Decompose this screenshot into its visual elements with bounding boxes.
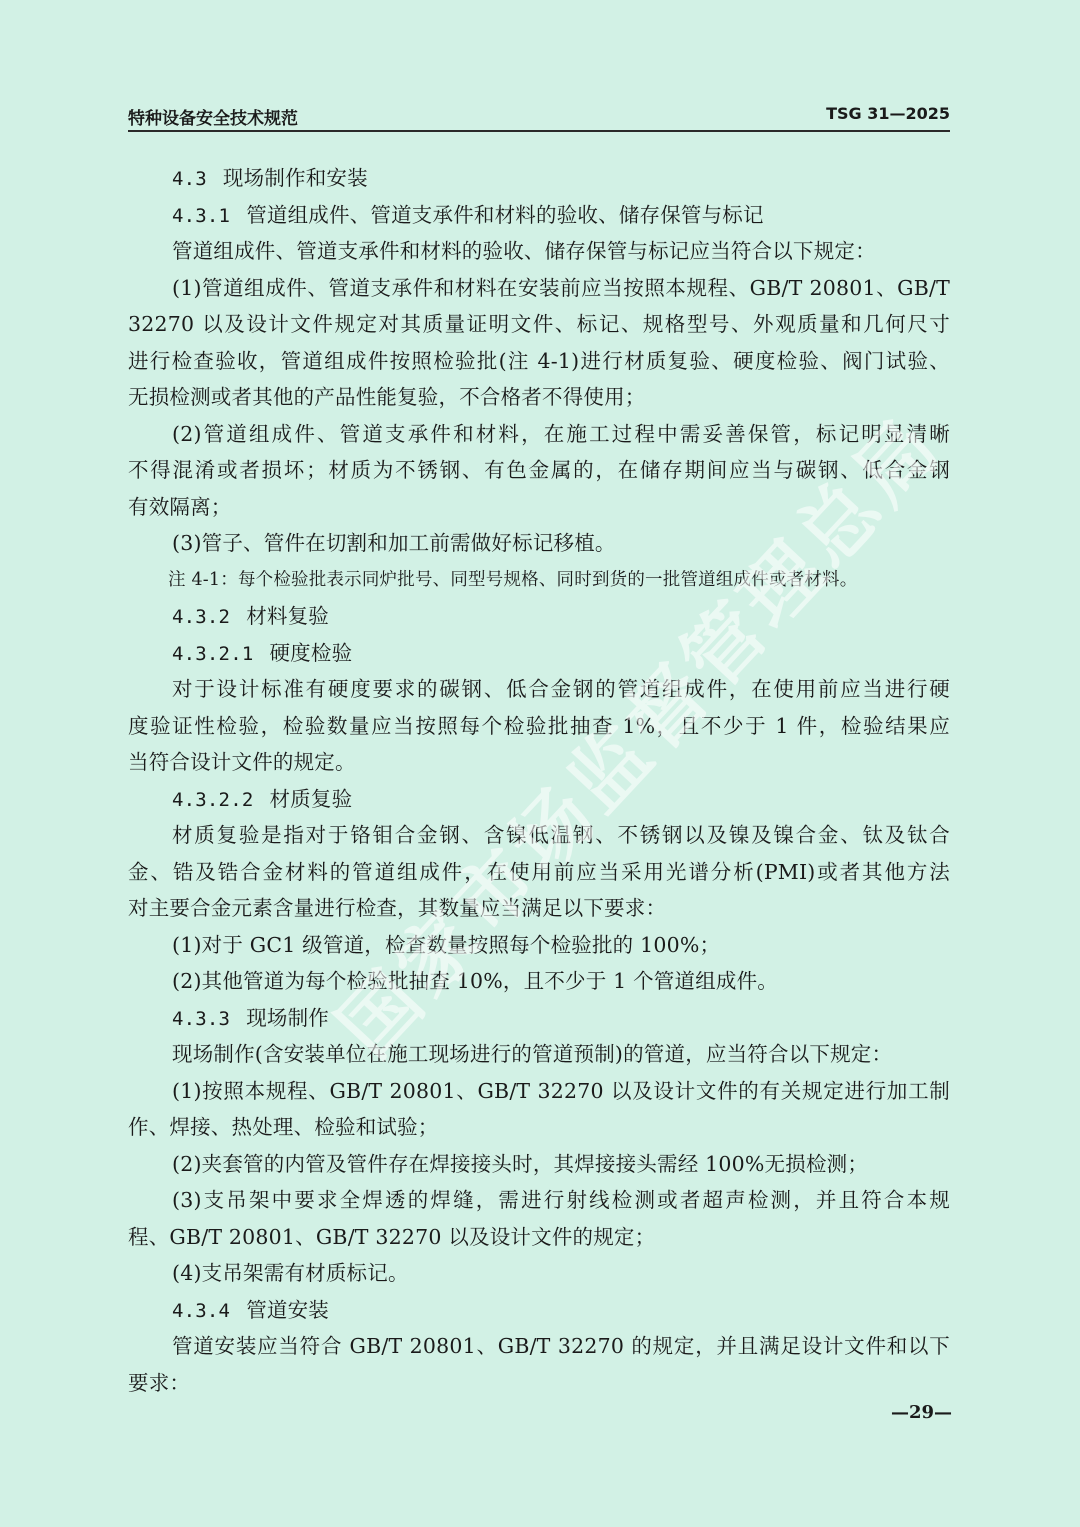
section-heading-4-3-4: 4.3.4管道安装 [128, 1292, 950, 1329]
section-heading-4-3-2-1: 4.3.2.1硬度检验 [128, 635, 950, 672]
list-item-line: 作、焊接、热处理、检验和试验； [128, 1109, 950, 1146]
section-number: 4.3.2.1 [172, 636, 253, 673]
section-title: 管道组成件、管道支承件和材料的验收、储存保管与标记 [246, 203, 764, 227]
list-item-line: (2)管道组成件、管道支承件和材料，在施工过程中需妥善保管，标记明显清晰 [128, 416, 950, 453]
paragraph-line: 管道安装应当符合 GB/T 20801、GB/T 32270 的规定，并且满足设… [128, 1328, 950, 1365]
list-item-line: (1)按照本规程、GB/T 20801、GB/T 32270 以及设计文件的有关… [128, 1073, 950, 1110]
list-item-line: 无损检测或者其他的产品性能复验，不合格者不得使用； [128, 379, 950, 416]
page-header: 特种设备安全技术规范 TSG 31—2025 [128, 102, 950, 132]
section-title: 管道安装 [246, 1298, 329, 1322]
section-title: 现场制作和安装 [223, 166, 368, 190]
section-heading-4-3-2: 4.3.2材料复验 [128, 598, 950, 635]
section-number: 4.3.3 [172, 1001, 230, 1038]
section-number: 4.3 [172, 161, 207, 198]
paragraph: 管道组成件、管道支承件和材料的验收、储存保管与标记应当符合以下规定： [128, 233, 950, 270]
paragraph: 现场制作(含安装单位在施工现场进行的管道预制)的管道，应当符合以下规定： [128, 1036, 950, 1073]
paragraph-line: 对于设计标准有硬度要求的碳钢、低合金钢的管道组成件，在使用前应当进行硬 [128, 671, 950, 708]
list-item-line: (3)管子、管件在切割和加工前需做好标记移植。 [128, 525, 950, 562]
section-number: 4.3.1 [172, 198, 230, 235]
list-item-line: 进行检查验收，管道组成件按照检验批(注 4-1)进行材质复验、硬度检验、阀门试验… [128, 343, 950, 380]
paragraph-line: 对主要合金元素含量进行检查，其数量应当满足以下要求： [128, 890, 950, 927]
section-heading-4-3-3: 4.3.3现场制作 [128, 1000, 950, 1037]
footnote-4-1: 注 4-1：每个检验批表示同炉批号、同型号规格、同时到货的一批管道组成件或者材料… [128, 562, 950, 599]
section-title: 材质复验 [269, 787, 352, 811]
section-title: 硬度检验 [269, 641, 352, 665]
header-standard-code: TSG 31—2025 [826, 104, 950, 123]
list-item-line: 有效隔离； [128, 489, 950, 526]
list-item-line: 32270 以及设计文件规定对其质量证明文件、标记、规格型号、外观质量和几何尺寸 [128, 306, 950, 343]
page-body: 4.3现场制作和安装 4.3.1管道组成件、管道支承件和材料的验收、储存保管与标… [128, 160, 950, 1401]
page-number: —29— [891, 1402, 952, 1423]
list-item-line: (3)支吊架中要求全焊透的焊缝，需进行射线检测或者超声检测，并且符合本规 [128, 1182, 950, 1219]
section-heading-4-3: 4.3现场制作和安装 [128, 160, 950, 197]
paragraph-line: 金、锆及锆合金材料的管道组成件，在使用前应当采用光谱分析(PMI)或者其他方法 [128, 854, 950, 891]
section-title: 现场制作 [246, 1006, 329, 1030]
section-title: 材料复验 [246, 604, 329, 628]
section-number: 4.3.2 [172, 599, 230, 636]
list-item-line: (2)其他管道为每个检验批抽查 10%，且不少于 1 个管道组成件。 [128, 963, 950, 1000]
list-item-line: (4)支吊架需有材质标记。 [128, 1255, 950, 1292]
list-item-line: (1)对于 GC1 级管道，检查数量按照每个检验批的 100%； [128, 927, 950, 964]
section-number: 4.3.4 [172, 1293, 230, 1330]
paragraph-line: 当符合设计文件的规定。 [128, 744, 950, 781]
list-item-line: 程、GB/T 20801、GB/T 32270 以及设计文件的规定； [128, 1219, 950, 1256]
section-heading-4-3-1: 4.3.1管道组成件、管道支承件和材料的验收、储存保管与标记 [128, 197, 950, 234]
paragraph-line: 材质复验是指对于铬钼合金钢、含镍低温钢、不锈钢以及镍及镍合金、钛及钛合 [128, 817, 950, 854]
list-item-line: (2)夹套管的内管及管件存在焊接接头时，其焊接接头需经 100%无损检测； [128, 1146, 950, 1183]
paragraph-line: 度验证性检验，检验数量应当按照每个检验批抽查 1%，且不少于 1 件，检验结果应 [128, 708, 950, 745]
list-item-line: (1)管道组成件、管道支承件和材料在安装前应当按照本规程、GB/T 20801、… [128, 270, 950, 307]
list-item-line: 不得混淆或者损坏；材质为不锈钢、有色金属的，在储存期间应当与碳钢、低合金钢 [128, 452, 950, 489]
section-heading-4-3-2-2: 4.3.2.2材质复验 [128, 781, 950, 818]
paragraph-line: 要求： [128, 1365, 950, 1402]
section-number: 4.3.2.2 [172, 782, 253, 819]
header-document-series: 特种设备安全技术规范 [128, 104, 298, 129]
